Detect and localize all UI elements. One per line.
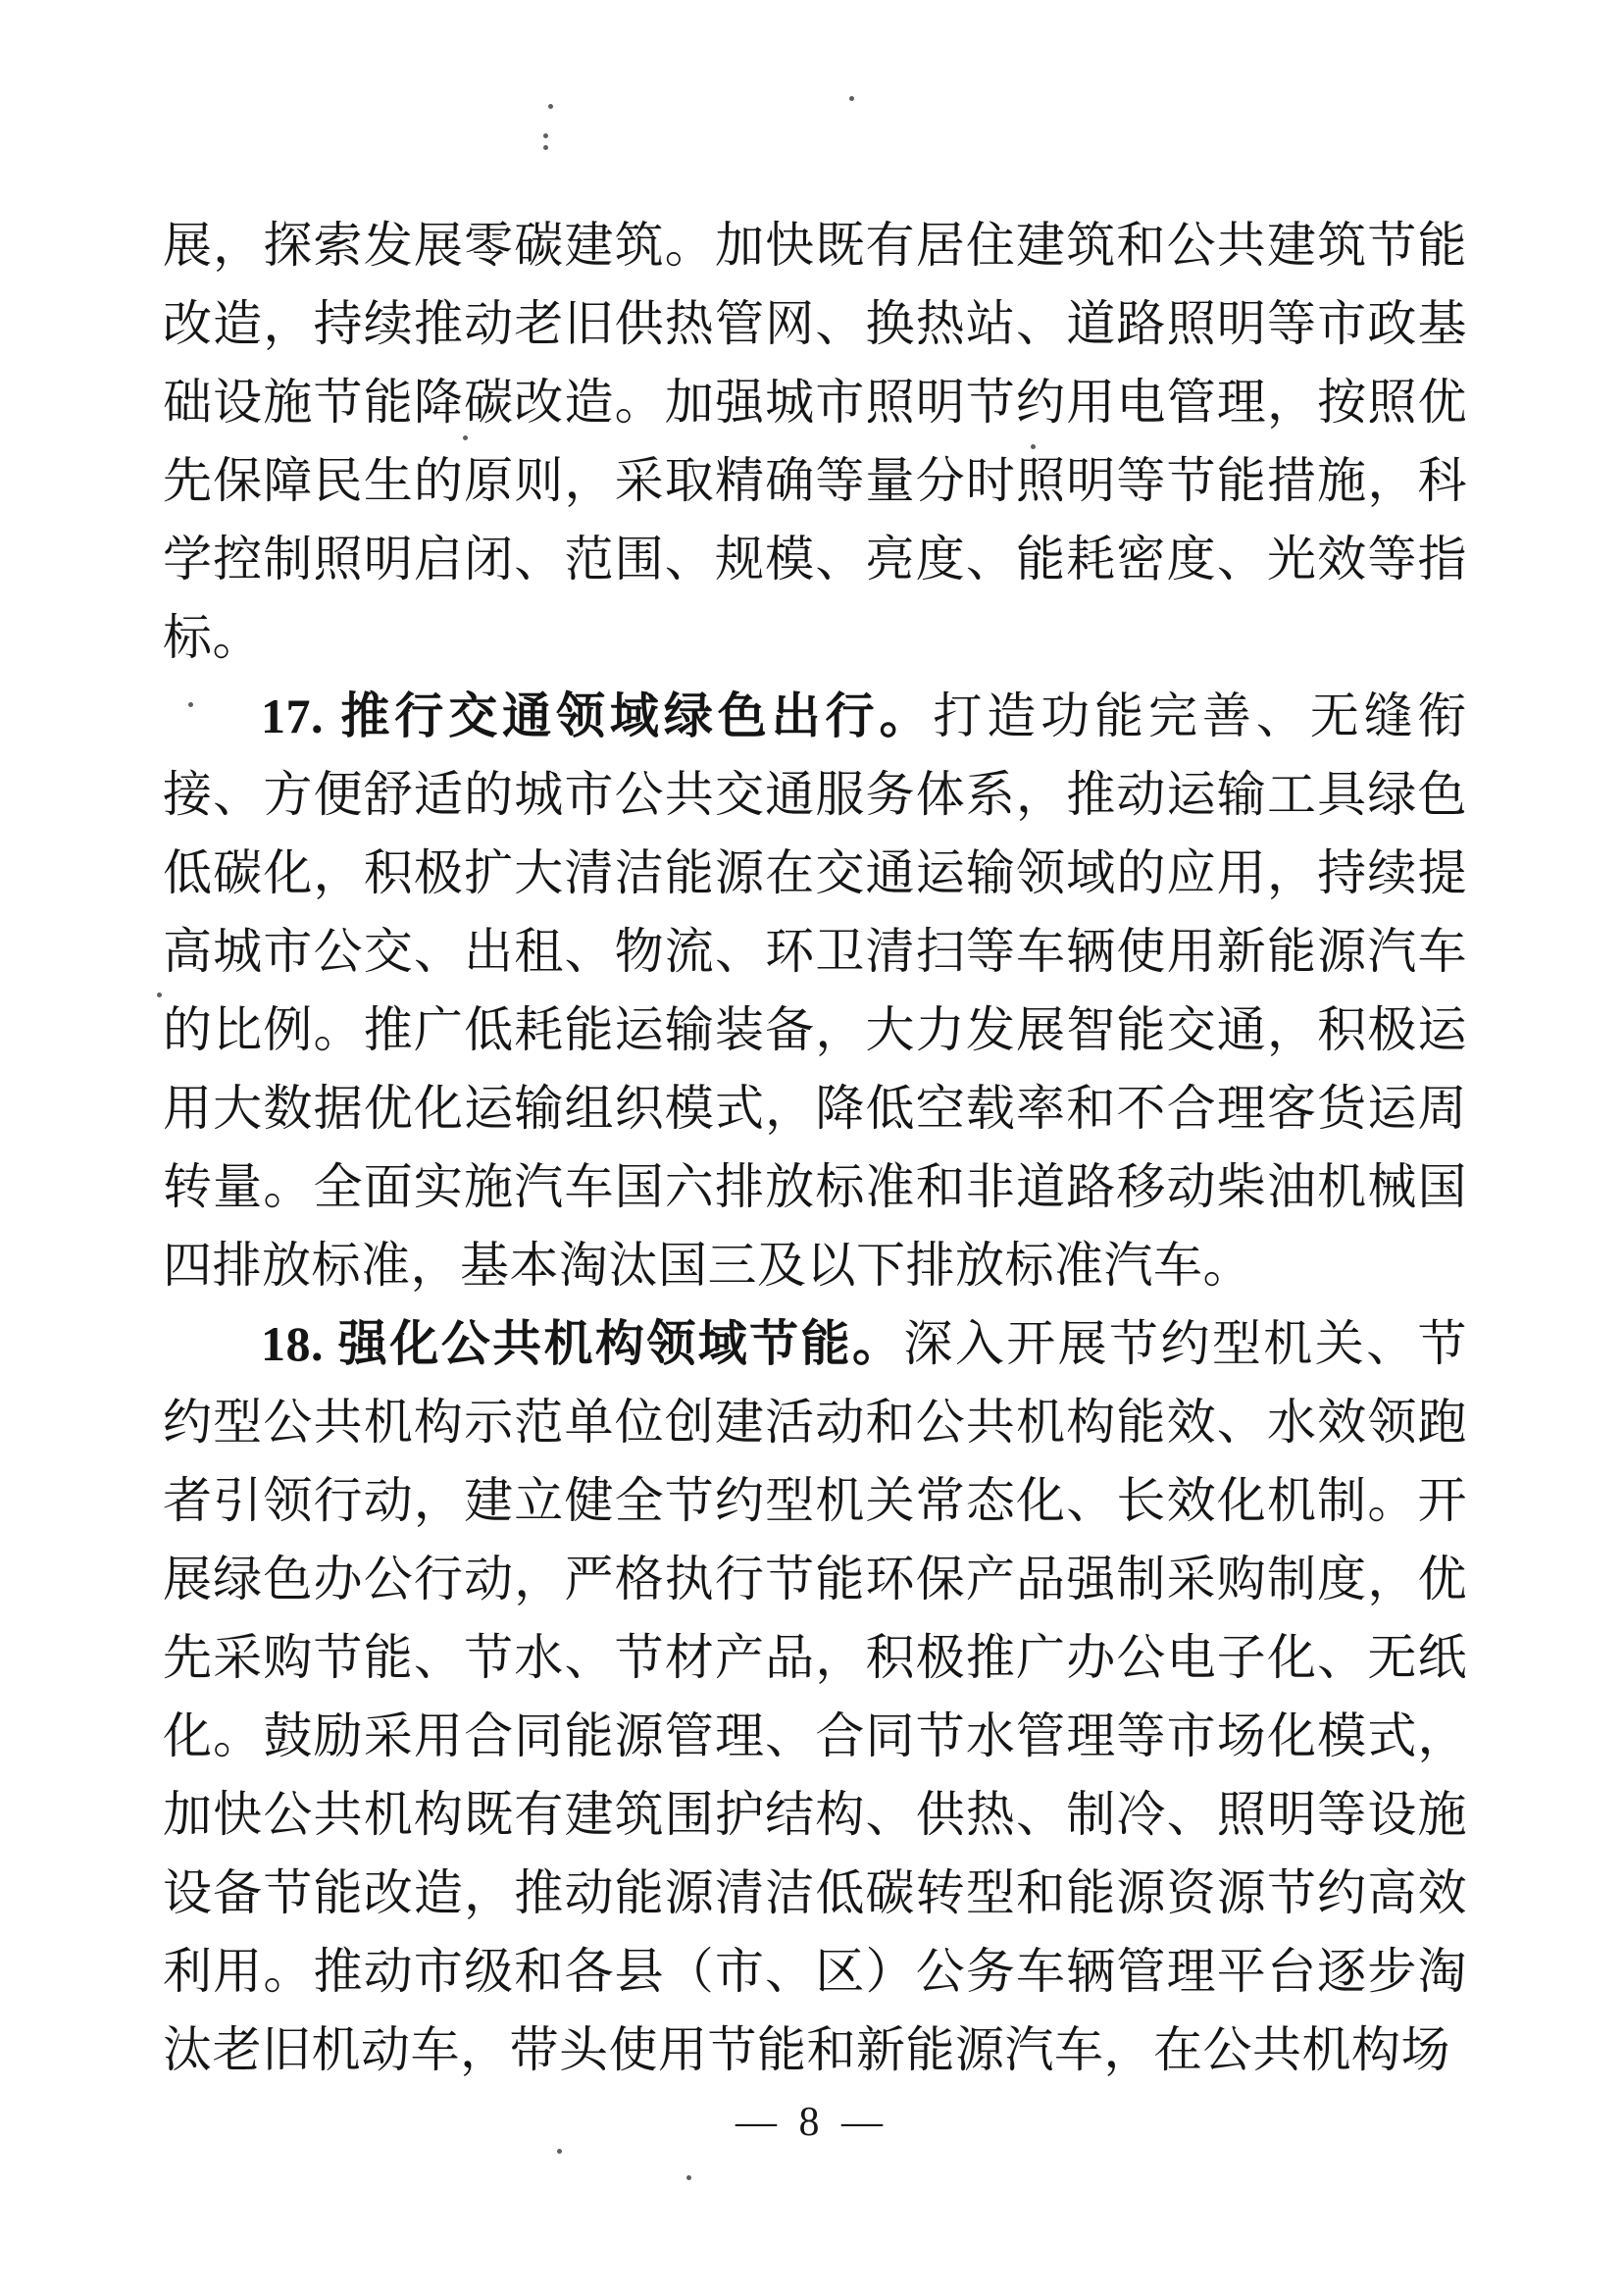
body-text: 深入开展节约型机关、节约型公共机构示范单位创建活动和公共机构能效、水效领跑者引领… <box>163 1316 1467 2077</box>
body-text: 展，探索发展零碳建筑。加快既有居住建筑和公共建筑节能改造，持续推动老旧供热管网、… <box>163 218 1467 665</box>
scan-noise-dot <box>849 96 854 101</box>
paragraph: 17. 推行交通领域绿色出行。打造功能完善、无缝衔接、方便舒适的城市公共交通服务… <box>163 677 1467 1304</box>
paragraph: 18. 强化公共机构领域节能。深入开展节约型机关、节约型公共机构示范单位创建活动… <box>163 1304 1467 2089</box>
scan-noise-dot <box>543 145 548 150</box>
scan-noise-dot <box>557 2149 562 2154</box>
scan-noise-dot <box>686 2175 691 2180</box>
scan-noise-dot <box>157 993 162 997</box>
scan-noise-dot <box>463 435 468 440</box>
scanned-document-page: 展，探索发展零碳建筑。加快既有居住建筑和公共建筑节能改造，持续推动老旧供热管网、… <box>0 0 1624 2293</box>
paragraph: 展，探索发展零碳建筑。加快既有居住建筑和公共建筑节能改造，持续推动老旧供热管网、… <box>163 206 1467 677</box>
scan-noise-dot <box>548 104 553 109</box>
scan-noise-dot <box>188 702 193 707</box>
scan-noise-dot <box>543 133 548 138</box>
document-body: 展，探索发展零碳建筑。加快既有居住建筑和公共建筑节能改造，持续推动老旧供热管网、… <box>163 206 1467 2089</box>
page-number: — 8 — <box>0 2099 1624 2146</box>
section-heading: 18. 强化公共机构领域节能。 <box>261 1316 903 1371</box>
section-heading: 17. 推行交通领域绿色出行。 <box>261 688 933 743</box>
body-text: 打造功能完善、无缝衔接、方便舒适的城市公共交通服务体系，推动运输工具绿色低碳化，… <box>163 688 1467 1293</box>
scan-noise-dot <box>1031 444 1036 449</box>
